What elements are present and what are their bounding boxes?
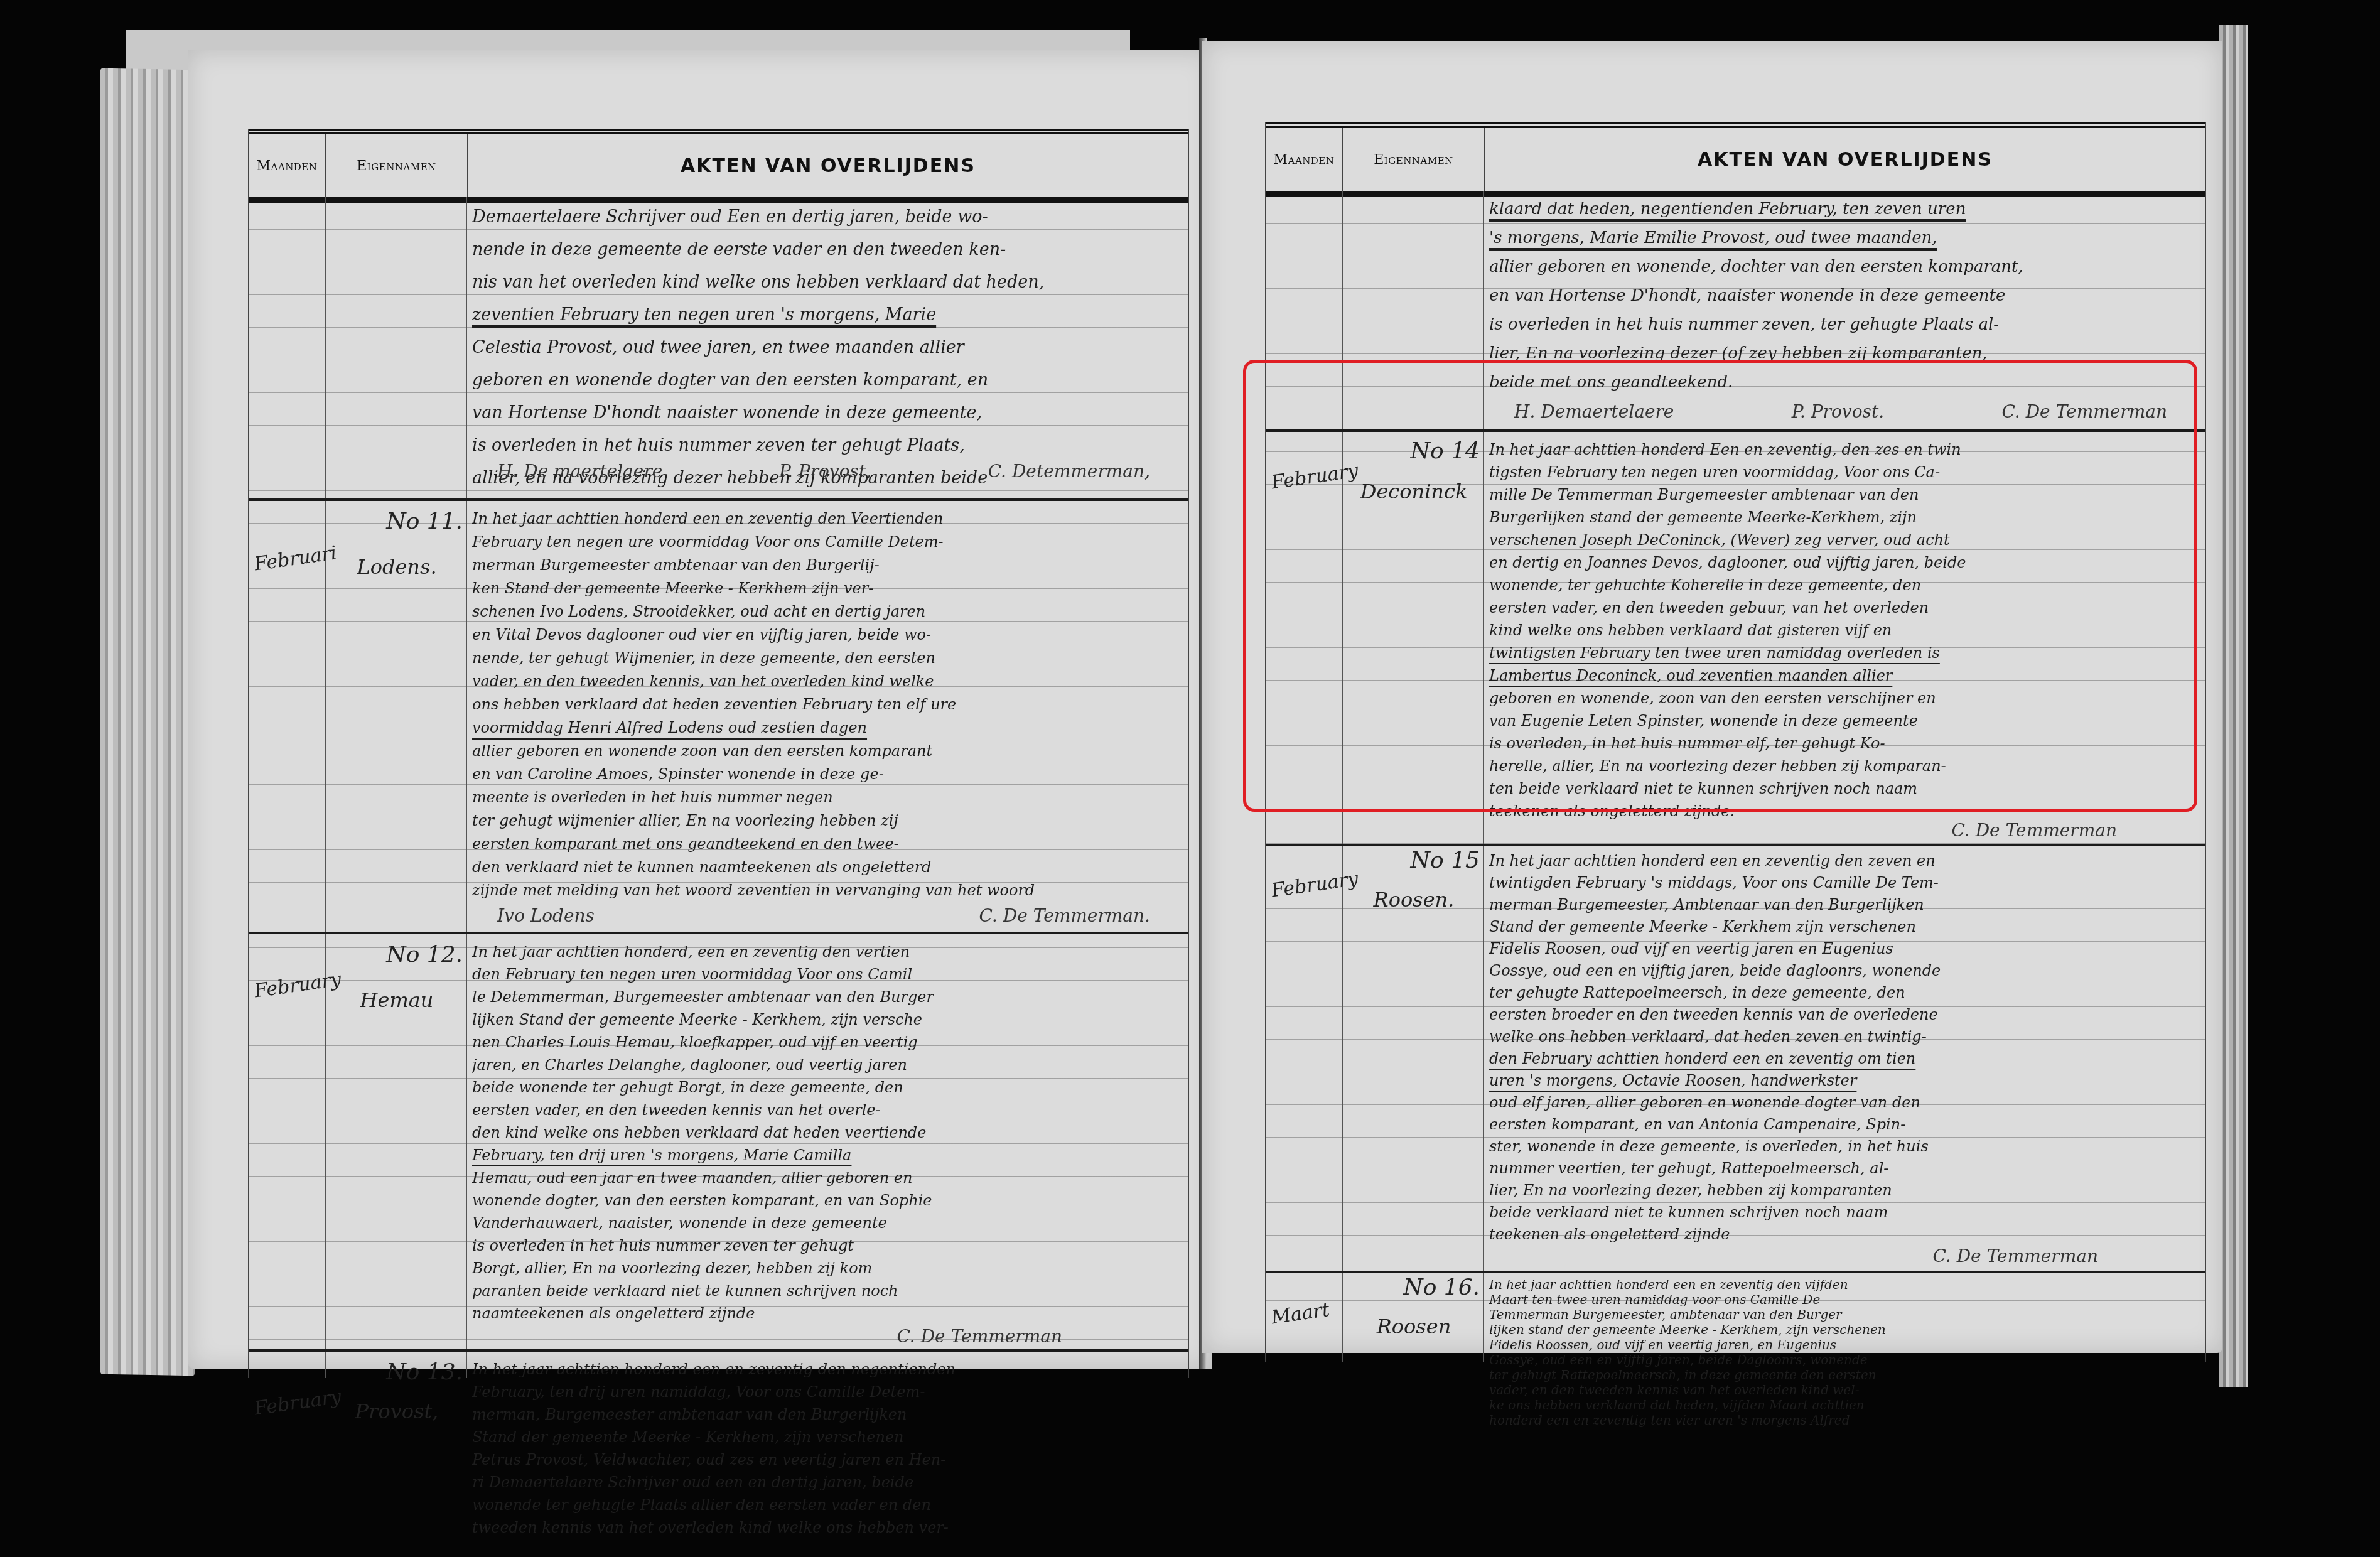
entry-surname: Lodens.	[331, 555, 463, 579]
entry-month: Februari	[253, 544, 325, 576]
entry-continuation: klaard dat heden, negentienden February,…	[1266, 191, 2205, 432]
signatures: C. De Temmerman	[1489, 820, 2192, 841]
register-table-left: Maanden Eigennamen AKTEN VAN OVERLIJDENS…	[248, 129, 1189, 1378]
book-page-edges-right	[2219, 25, 2248, 1387]
entry-surname: Hemau	[331, 988, 463, 1012]
entry-number: No 16.	[1398, 1274, 1480, 1300]
signatures: Ivo Lodens C. De Temmerman.	[472, 905, 1175, 926]
entry-number: No 12.	[381, 942, 463, 967]
entry-continuation: Demaertelaere Schrijver oud Een en derti…	[249, 197, 1188, 501]
left-page: Maanden Eigennamen AKTEN VAN OVERLIJDENS…	[188, 50, 1212, 1369]
entry-text: In het jaar achttien honderd een en zeve…	[472, 1358, 1180, 1539]
register-body: klaard dat heden, negentienden February,…	[1266, 191, 2205, 1362]
entry-text: klaard dat heden, negentienden February,…	[1489, 195, 2197, 397]
register-title: AKTEN VAN OVERLIJDENS	[681, 155, 976, 177]
names-column-header: Eigennamen	[357, 158, 436, 174]
entry-number: No 14	[1398, 438, 1480, 464]
entry-month: February	[1270, 871, 1342, 902]
entry-month: February	[1270, 463, 1342, 494]
entry-surname: Roosen	[1348, 1315, 1480, 1339]
entry-no-16: Maart No 16. Roosen In het jaar achttien…	[1266, 1271, 2205, 1365]
months-column-header: Maanden	[1274, 152, 1335, 168]
entry-text: In het jaar achttien honderd een en zeve…	[1489, 850, 2197, 1246]
months-column-header: Maanden	[257, 158, 318, 174]
entry-number: No 15	[1398, 848, 1480, 873]
entry-no-11: Februari No 11. Lodens. In het jaar acht…	[249, 498, 1188, 934]
entry-surname: Roosen.	[1348, 888, 1480, 912]
entry-surname: Deconinck	[1348, 480, 1480, 504]
signatures: C. De Temmerman	[472, 1326, 1175, 1347]
entry-no-13: February No 13. Provost, In het jaar ach…	[249, 1349, 1188, 1437]
entry-month: Maart	[1270, 1298, 1342, 1329]
register-header: Maanden Eigennamen AKTEN VAN OVERLIJDENS	[1266, 122, 2205, 197]
entry-month: February	[253, 971, 325, 1003]
register-title: AKTEN VAN OVERLIJDENS	[1698, 149, 1993, 171]
entry-no-12: February No 12. Hemau In het jaar achtti…	[249, 932, 1188, 1352]
entry-no-15: February No 15 Roosen. In het jaar achtt…	[1266, 844, 2205, 1273]
register-table-right: Maanden Eigennamen AKTEN VAN OVERLIJDENS…	[1265, 122, 2206, 1362]
entry-text: In het jaar achttien honderd, een en zev…	[472, 940, 1180, 1325]
entry-number: No 13.	[381, 1359, 463, 1385]
signatures: H. Demaertelaere P. Provost. C. De Temme…	[1489, 401, 2192, 422]
entry-text: In het jaar achttien honderd Een en zeve…	[1489, 438, 2197, 822]
entry-surname: Provost,	[331, 1399, 463, 1423]
book-page-edges-left	[100, 68, 195, 1376]
entry-no-14: February No 14 Deconinck In het jaar ach…	[1266, 429, 2205, 846]
entry-month: February	[253, 1389, 325, 1420]
names-column-header: Eigennamen	[1374, 152, 1453, 168]
register-body: Demaertelaere Schrijver oud Een en derti…	[249, 197, 1188, 1378]
signatures: C. De Temmerman	[1489, 1246, 2192, 1266]
entry-text: In het jaar achttien honderd een en zeve…	[1489, 1277, 2197, 1428]
right-page: Maanden Eigennamen AKTEN VAN OVERLIJDENS…	[1202, 41, 2222, 1353]
signatures: H. De maertelaere P. Provost, C. Detemme…	[472, 461, 1175, 482]
register-header: Maanden Eigennamen AKTEN VAN OVERLIJDENS	[249, 129, 1188, 203]
entry-text: Demaertelaere Schrijver oud Een en derti…	[472, 201, 1180, 495]
entry-text: In het jaar achttien honderd een en zeve…	[472, 507, 1180, 902]
entry-number: No 11.	[381, 509, 463, 534]
